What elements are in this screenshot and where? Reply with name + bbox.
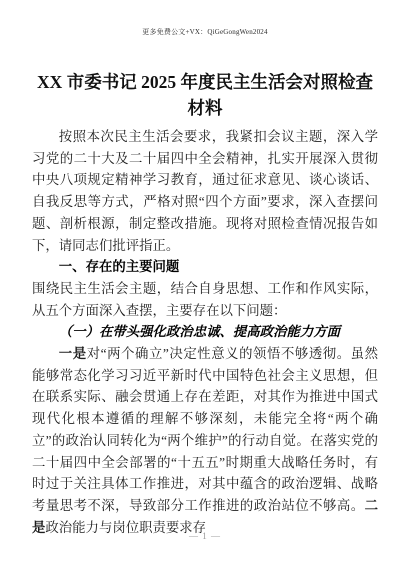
paragraph: 围绕民主生活会主题，结合自身思想、工作和作风实际，从五个方面深入查摆，主要存在以…	[32, 278, 378, 321]
section-subheading: （一）在带头强化政治忠诚、提高政治能力方面	[32, 321, 378, 343]
section-heading: 一、存在的主要问题	[32, 256, 378, 278]
emphasis-run: 一、存在的主要问题	[59, 259, 180, 274]
promo-banner-text: 更多免费公文+VX：QiGeGongWen2024	[0, 27, 410, 37]
text-run: 对“两个确立”决定性意义的领悟不够透彻。虽然能够常态化学习习近平新时代中国特色社…	[32, 346, 378, 513]
document-body: 按照本次民主生活会要求，我紧扣会议主题，深入学习党的二十大及二十届四中全会精神，…	[32, 126, 378, 538]
paragraph: 按照本次民主生活会要求，我紧扣会议主题，深入学习党的二十大及二十届四中全会精神，…	[32, 126, 378, 256]
document-page: 更多免费公文+VX：QiGeGongWen2024 XX 市委书记 2025 年…	[0, 0, 410, 580]
paragraph: 一是对“两个确立”决定性意义的领悟不够透彻。虽然能够常态化学习习近平新时代中国特…	[32, 343, 378, 538]
text-run: 围绕民主生活会主题，结合自身思想、工作和作风实际，从五个方面深入查摆，主要存在以…	[32, 281, 378, 318]
document-title: XX 市委书记 2025 年度民主生活会对照检查材料	[30, 69, 380, 121]
page-number: — 1 —	[0, 531, 410, 541]
text-run: 按照本次民主生活会要求，我紧扣会议主题，深入学习党的二十大及二十届四中全会精神，…	[32, 129, 378, 253]
emphasis-run: 一是	[59, 346, 87, 361]
emphasis-run: （一）在带头强化政治忠诚、提高政治能力方面	[59, 324, 340, 339]
